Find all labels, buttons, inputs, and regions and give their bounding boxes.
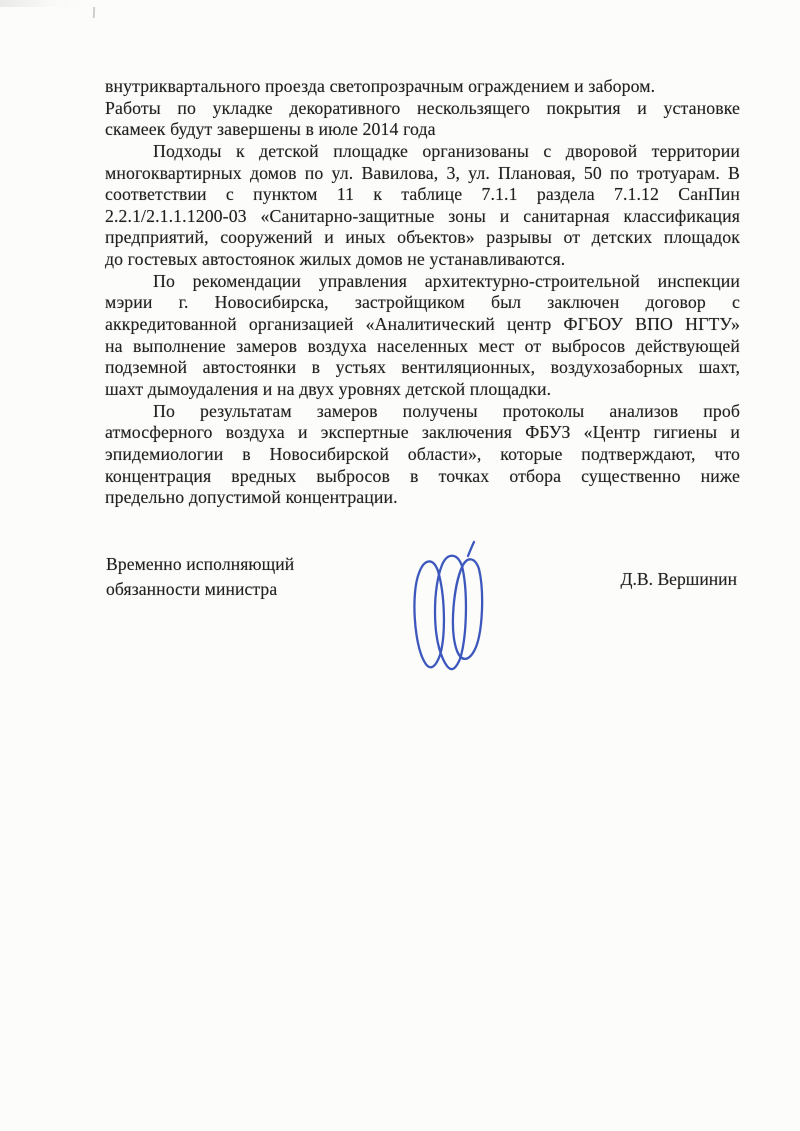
role-line-1: Временно исполняющий	[106, 552, 294, 577]
signoff-role-title: Временно исполняющий обязанности министр…	[106, 552, 294, 602]
handwritten-signature-icon	[402, 535, 506, 677]
text-line: шахт дымоудаления и на двух уровнях детс…	[105, 379, 740, 401]
text-line: эпидемиологии в Новосибирской области», …	[105, 444, 740, 466]
scanned-letter-page: внутриквартального проезда светопрозрачн…	[0, 0, 800, 1131]
signer-name: Д.В. Вершинин	[621, 567, 737, 592]
paragraph: Работы по укладке декоративного нескольз…	[105, 98, 740, 141]
text-line: предельно допустимой концентрации.	[105, 487, 740, 509]
text-line: предприятий, сооружений и иных объектов»…	[105, 227, 740, 249]
signature-strokes	[414, 542, 482, 669]
text-line: соответствии с пунктом 11 к таблице 7.1.…	[105, 184, 740, 206]
text-line: По результатам замеров получены протокол…	[105, 401, 740, 423]
text-line: 2.2.1/2.1.1.1200-03 «Санитарно-защитные …	[105, 206, 740, 228]
text-line: атмосферного воздуха и экспертные заключ…	[105, 422, 740, 444]
text-line: до гостевых автостоянок жилых домов не у…	[105, 249, 740, 271]
text-line: на выполнение замеров воздуха населенных…	[105, 336, 740, 358]
text-line: Подходы к детской площадке организованы …	[105, 141, 740, 163]
paragraph: внутриквартального проезда светопрозрачн…	[105, 76, 740, 98]
paragraph: Подходы к детской площадке организованы …	[105, 141, 740, 271]
text-line: Работы по укладке декоративного нескольз…	[105, 98, 740, 120]
paragraph: По рекомендации управления архитектурно-…	[105, 271, 740, 401]
scan-artifact-dash	[93, 7, 95, 18]
text-line: аккредитованной организацией «Аналитичес…	[105, 314, 740, 336]
text-line: скамеек будут завершены в июле 2014 года	[105, 119, 740, 141]
text-line: многоквартирных домов по ул. Вавилова, 3…	[105, 163, 740, 185]
letter-body-text: внутриквартального проезда светопрозрачн…	[105, 76, 740, 509]
scanner-edge-smudge	[0, 0, 84, 7]
text-line: подземной автостоянки в устьях вентиляци…	[105, 357, 740, 379]
text-line: По рекомендации управления архитектурно-…	[105, 271, 740, 293]
text-line: внутриквартального проезда светопрозрачн…	[105, 76, 740, 98]
text-line: концентрация вредных выбросов в точках о…	[105, 466, 740, 488]
role-line-2: обязанности министра	[106, 577, 294, 602]
paragraph: По результатам замеров получены протокол…	[105, 401, 740, 509]
text-line: мэрии г. Новосибирска, застройщиком был …	[105, 292, 740, 314]
